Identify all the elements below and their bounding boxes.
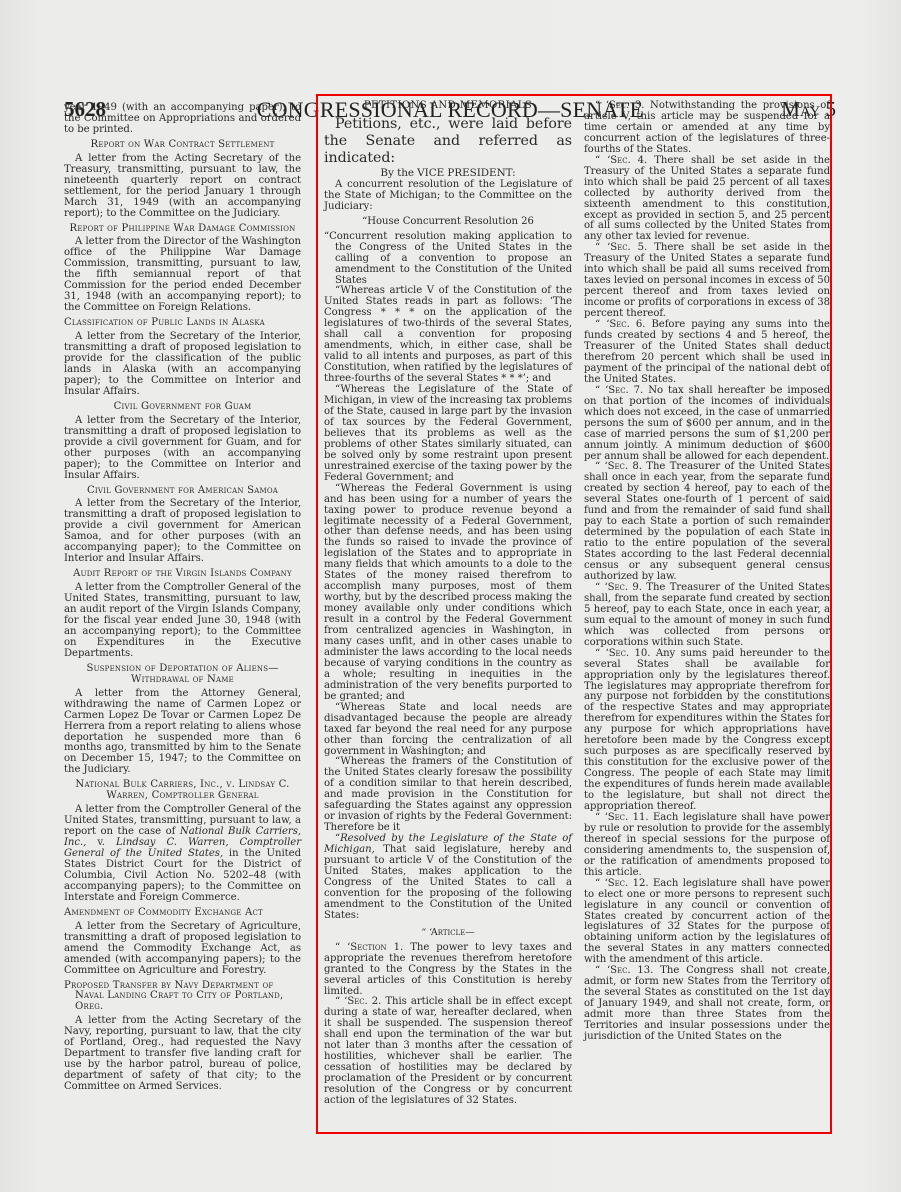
article-section: “ ‘Sec. 5. There shall be set aside in t… (584, 243, 830, 320)
section-text: Each legislature shall have power to ele… (584, 878, 830, 966)
item-body: A letter from the Comptroller General of… (64, 805, 301, 904)
section-label: “ ‘Sec. 6. (595, 319, 645, 330)
item-heading: Civil Government for Guam (64, 402, 301, 413)
item-heading: Report of Philippine War Damage Commissi… (64, 224, 301, 235)
section-label: “ ‘Sec. 2. (335, 996, 381, 1007)
section-label: “ ‘Sec. 11. (595, 812, 649, 823)
carryover-paragraph: year 1949 (with an accompanying paper); … (64, 103, 301, 136)
section-text: This article shall be in effect except d… (324, 996, 572, 1106)
article-section: “ ‘Sec. 8. The Treasurer of the United S… (584, 462, 830, 582)
document-page: 5628 CONGRESSIONAL RECORD—SENATE May 5 y… (0, 0, 901, 1192)
whereas-clause: “Whereas the framers of the Constitution… (324, 757, 572, 834)
section-label: “ ‘Sec. 7. (595, 385, 643, 396)
item-heading: Report on War Contract Settlement (64, 140, 301, 151)
article-section: “ ‘Sec. 12. Each legislature shall have … (584, 879, 830, 967)
section-text: Any sums paid hereunder to the several S… (584, 648, 830, 812)
item-body: A letter from the Director of the Washin… (64, 237, 301, 314)
item-heading: Civil Government for American Samoa (64, 486, 301, 497)
article-section: “ ‘Sec. 4. There shall be set aside in t… (584, 156, 830, 244)
section-label: “ ‘Sec. 13. (595, 965, 653, 976)
item-body: A letter from the Acting Secretary of th… (64, 154, 301, 220)
item-body: A letter from the Acting Secretary of th… (64, 1016, 301, 1093)
whereas-clause: “Whereas article V of the Constitution o… (324, 286, 572, 385)
byline: By the VICE PRESIDENT: (324, 168, 572, 179)
section-title: PETITIONS AND MEMORIALS (324, 101, 572, 112)
section-label: “ ‘Section 1. (335, 942, 403, 953)
intro-paragraph: A concurrent resolution of the Legislatu… (324, 180, 572, 213)
section-label: “ ‘Sec. 12. (595, 878, 649, 889)
item-body: A letter from the Comptroller General of… (64, 583, 301, 660)
article-section: “ ‘Sec. 13. The Congress shall not creat… (584, 966, 830, 1043)
item-heading: National Bulk Carriers, Inc., v. Lindsay… (64, 780, 301, 802)
section-text: There shall be set aside in the Treasury… (584, 155, 830, 243)
item-body: A letter from the Secretary of Agricultu… (64, 922, 301, 977)
item-heading: Proposed Transfer by Navy Department of … (64, 981, 301, 1014)
resolved-clause: “Resolved by the Legislature of the Stat… (324, 834, 572, 922)
section-text: The Treasurer of the United States shall… (584, 461, 830, 582)
article-section: “ ‘Sec. 9. The Treasurer of the United S… (584, 583, 830, 649)
section-label: “ ‘Sec. 9. (595, 582, 642, 593)
article-heading: “ ‘Article— (324, 928, 572, 939)
article-section: “ ‘Sec. 7. No tax shall hereafter be imp… (584, 386, 830, 463)
resolved-text: That said legislature, hereby and pursua… (324, 844, 572, 921)
section-label: “ ‘Sec. 3. (595, 100, 644, 111)
section-label: “ ‘Sec. 8. (595, 461, 642, 472)
resolution-number: “House Concurrent Resolution 26 (324, 217, 572, 228)
section-text: The Congress shall not create, admit, or… (584, 965, 830, 1042)
lead-paragraph: Petitions, etc., were laid before the Se… (324, 116, 572, 167)
section-text: No tax shall hereafter be imposed on tha… (584, 385, 830, 462)
item-heading: Amendment of Commodity Exchange Act (64, 908, 301, 919)
section-text: There shall be set aside in the Treasury… (584, 242, 830, 319)
whereas-clause: “Whereas State and local needs are disad… (324, 703, 572, 758)
body-text: v. (86, 837, 116, 848)
item-body: A letter from the Secretary of the Inter… (64, 416, 301, 482)
article-section: “ ‘Sec. 3. Notwithstanding the provision… (584, 101, 830, 156)
whereas-clause: “Whereas the Federal Government is using… (324, 484, 572, 703)
article-section: “ ‘Sec. 10. Any sums paid hereunder to t… (584, 649, 830, 813)
whereas-clause: “Whereas the Legislature of the State of… (324, 385, 572, 484)
resolution-caption: “Concurrent resolution making applicatio… (324, 232, 572, 287)
article-section: “ ‘Sec. 11. Each legislature shall have … (584, 813, 830, 879)
item-heading: Classification of Public Lands in Alaska (64, 318, 301, 329)
right-column: “ ‘Sec. 3. Notwithstanding the provision… (584, 101, 830, 1043)
section-label: “ ‘Sec. 5. (595, 242, 647, 253)
section-label: “ ‘Sec. 10. (595, 648, 650, 659)
item-body: A letter from the Secretary of the Inter… (64, 499, 301, 565)
middle-column: PETITIONS AND MEMORIALS Petitions, etc.,… (324, 101, 572, 1107)
article-section: “ ‘Sec. 2. This article shall be in effe… (324, 997, 572, 1107)
left-column: year 1949 (with an accompanying paper); … (64, 103, 301, 1093)
article-section: “ ‘Section 1. The power to levy taxes an… (324, 943, 572, 998)
item-heading: Suspension of Deportation of Aliens—With… (64, 664, 301, 686)
article-section: “ ‘Sec. 6. Before paying any sums into t… (584, 320, 830, 386)
item-heading: Audit Report of the Virgin Islands Compa… (64, 569, 301, 580)
section-label: “ ‘Sec. 4. (595, 155, 647, 166)
item-body: A letter from the Attorney General, with… (64, 689, 301, 777)
item-body: A letter from the Secretary of the Inter… (64, 332, 301, 398)
